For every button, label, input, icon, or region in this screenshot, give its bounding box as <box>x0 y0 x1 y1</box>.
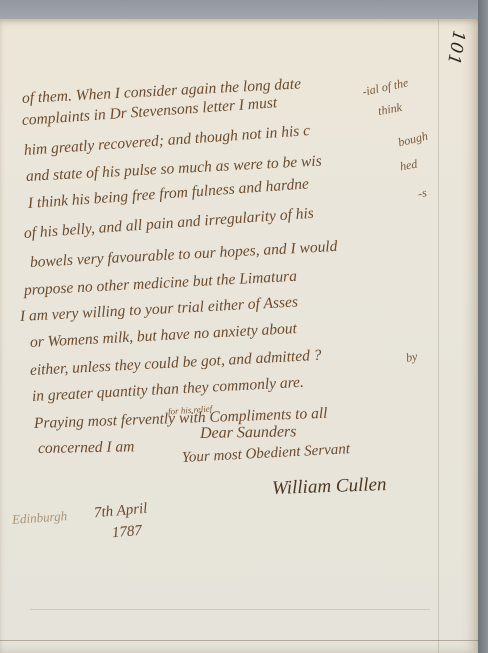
salutation: Dear Saunders <box>200 423 297 443</box>
page-margin-rule <box>438 19 439 653</box>
dateline-year: 1787 <box>111 523 142 543</box>
signature: William Cullen <box>272 474 387 500</box>
page-crease <box>30 609 430 610</box>
body-line: concerned I am <box>38 438 135 458</box>
margin-note: -s <box>417 185 428 201</box>
margin-note: by <box>405 349 419 366</box>
page-fold-line <box>0 640 478 641</box>
margin-note: hed <box>399 157 419 175</box>
archival-mount-right <box>478 0 488 653</box>
